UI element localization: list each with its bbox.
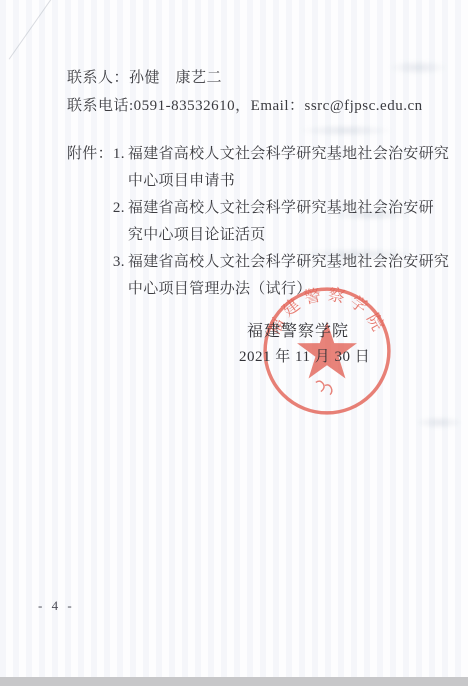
attachments-label: 附件：	[67, 141, 113, 168]
attachment-text: 福建省高校人文社会科学研究基地社会治安研究	[128, 141, 449, 168]
attachment-text-wrapped: 中心项目申请书	[113, 168, 449, 195]
page-number: - 4 -	[38, 598, 75, 614]
attachment-number: 3.	[113, 249, 128, 276]
attachments-block: 附件： 1. 福建省高校人文社会科学研究基地社会治安研究 中心项目申请书 2. …	[67, 141, 449, 303]
scanner-edge-strip	[0, 677, 468, 686]
attachment-text: 福建省高校人文社会科学研究基地社会治安研	[128, 195, 434, 222]
attachment-text: 福建省高校人文社会科学研究基地社会治安研究	[128, 249, 449, 276]
contact-person-line: 联系人：孙健 康艺二	[67, 64, 423, 92]
scanned-document-page: 联系人：孙健 康艺二 联系电话:0591-83532610，Email：ssrc…	[0, 0, 468, 686]
attachment-number: 1.	[113, 141, 128, 168]
contact-phone-line: 联系电话:0591-83532610，Email：ssrc@fjpsc.edu.…	[67, 92, 423, 120]
attachment-item: 1. 福建省高校人文社会科学研究基地社会治安研究 中心项目申请书	[113, 141, 449, 195]
seal-serial-marks	[316, 381, 332, 394]
signature-date: 2021 年 11 月 30 日	[239, 345, 370, 366]
scan-crease-artifact	[9, 0, 56, 60]
bleed-through-smudge	[298, 124, 393, 137]
attachment-item: 2. 福建省高校人文社会科学研究基地社会治安研 究中心项目论证活页	[113, 195, 449, 249]
signature-org-name: 福建警察学院	[247, 318, 349, 341]
attachments-list: 1. 福建省高校人文社会科学研究基地社会治安研究 中心项目申请书 2. 福建省高…	[113, 141, 449, 303]
contact-block: 联系人：孙健 康艺二 联系电话:0591-83532610，Email：ssrc…	[67, 64, 423, 120]
bleed-through-smudge	[415, 416, 463, 429]
attachment-number: 2.	[113, 195, 128, 222]
attachment-text-wrapped: 究中心项目论证活页	[113, 222, 449, 249]
